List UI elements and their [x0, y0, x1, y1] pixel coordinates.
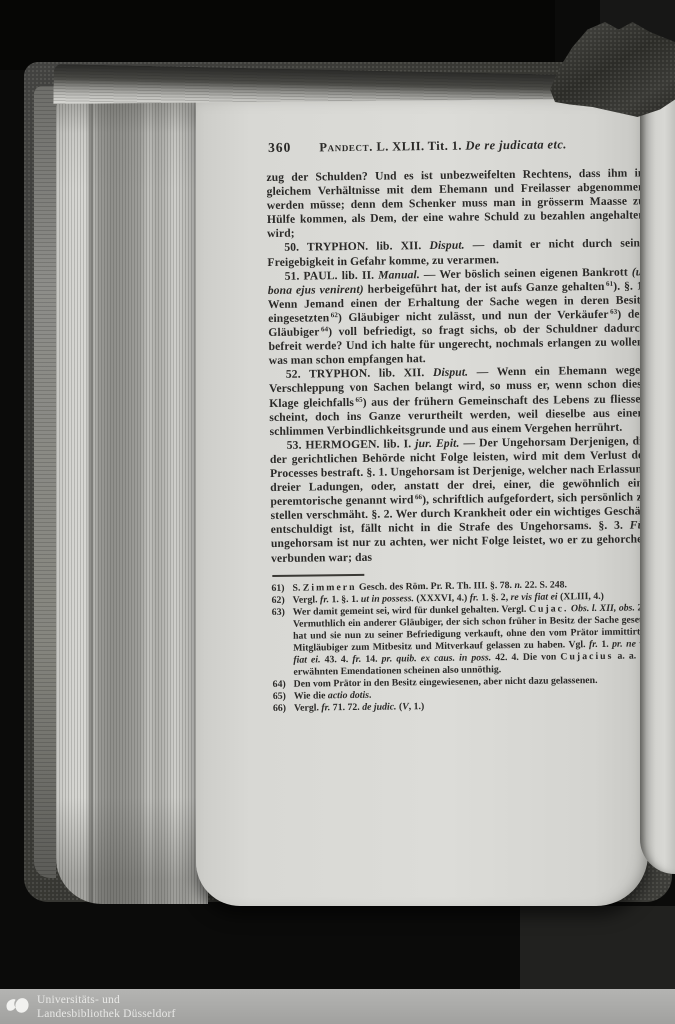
footnote-rule: [272, 573, 364, 576]
footnote-label: 64): [273, 678, 286, 690]
footnote-item: 63)Wer damit gemeint sei, wird für dunke…: [272, 602, 651, 679]
ulb-logo-icon: [3, 993, 31, 1021]
body-paragraph: 53. HERMOGEN. lib. I. jur. Epit. — Der U…: [270, 434, 650, 565]
body-paragraph: zug der Schulden? Und es ist unbezweifel…: [266, 166, 645, 241]
printed-text-block: 360 Pandect. L. XLII. Tit. 1. De re judi…: [266, 135, 651, 714]
body-paragraph: 52. TRYPHON. lib. XII. Disput. — Wenn ei…: [269, 364, 648, 439]
facing-page-fold-edge: [640, 92, 675, 874]
footnote-label: 63): [272, 606, 285, 618]
banner-text: Universitäts- und Landesbibliothek Düsse…: [37, 993, 176, 1021]
footnote-label: 61): [271, 582, 284, 594]
page-stack-fore-edge: [56, 84, 208, 904]
page-number: 360: [268, 140, 291, 156]
background-table-edge: [520, 906, 675, 990]
body-paragraphs: zug der Schulden? Und es ist unbezweifel…: [266, 166, 649, 565]
banner-line1: Universitäts- und: [37, 993, 176, 1007]
footnote-label: 66): [273, 702, 286, 714]
footnotes: 61)S. Zimmern Gesch. des Röm. Pr. R. Th.…: [271, 578, 651, 715]
footnote-label: 65): [273, 690, 286, 702]
cover-cloth-edge: [34, 86, 56, 878]
running-title: Pandect. L. XLII. Tit. 1. De re judicata…: [319, 137, 567, 155]
footnote-label: 62): [272, 594, 285, 606]
library-banner: Universitäts- und Landesbibliothek Düsse…: [0, 989, 675, 1024]
page-header: 360 Pandect. L. XLII. Tit. 1. De re judi…: [268, 135, 644, 156]
background-shadow-top: [0, 0, 555, 70]
banner-line2: Landesbibliothek Düsseldorf: [37, 1007, 176, 1021]
photo-stage: 360 Pandect. L. XLII. Tit. 1. De re judi…: [0, 0, 675, 1024]
book-page: 360 Pandect. L. XLII. Tit. 1. De re judi…: [196, 90, 648, 906]
body-paragraph: 51. PAUL. lib. II. Manual. — Wer böslich…: [268, 265, 647, 368]
